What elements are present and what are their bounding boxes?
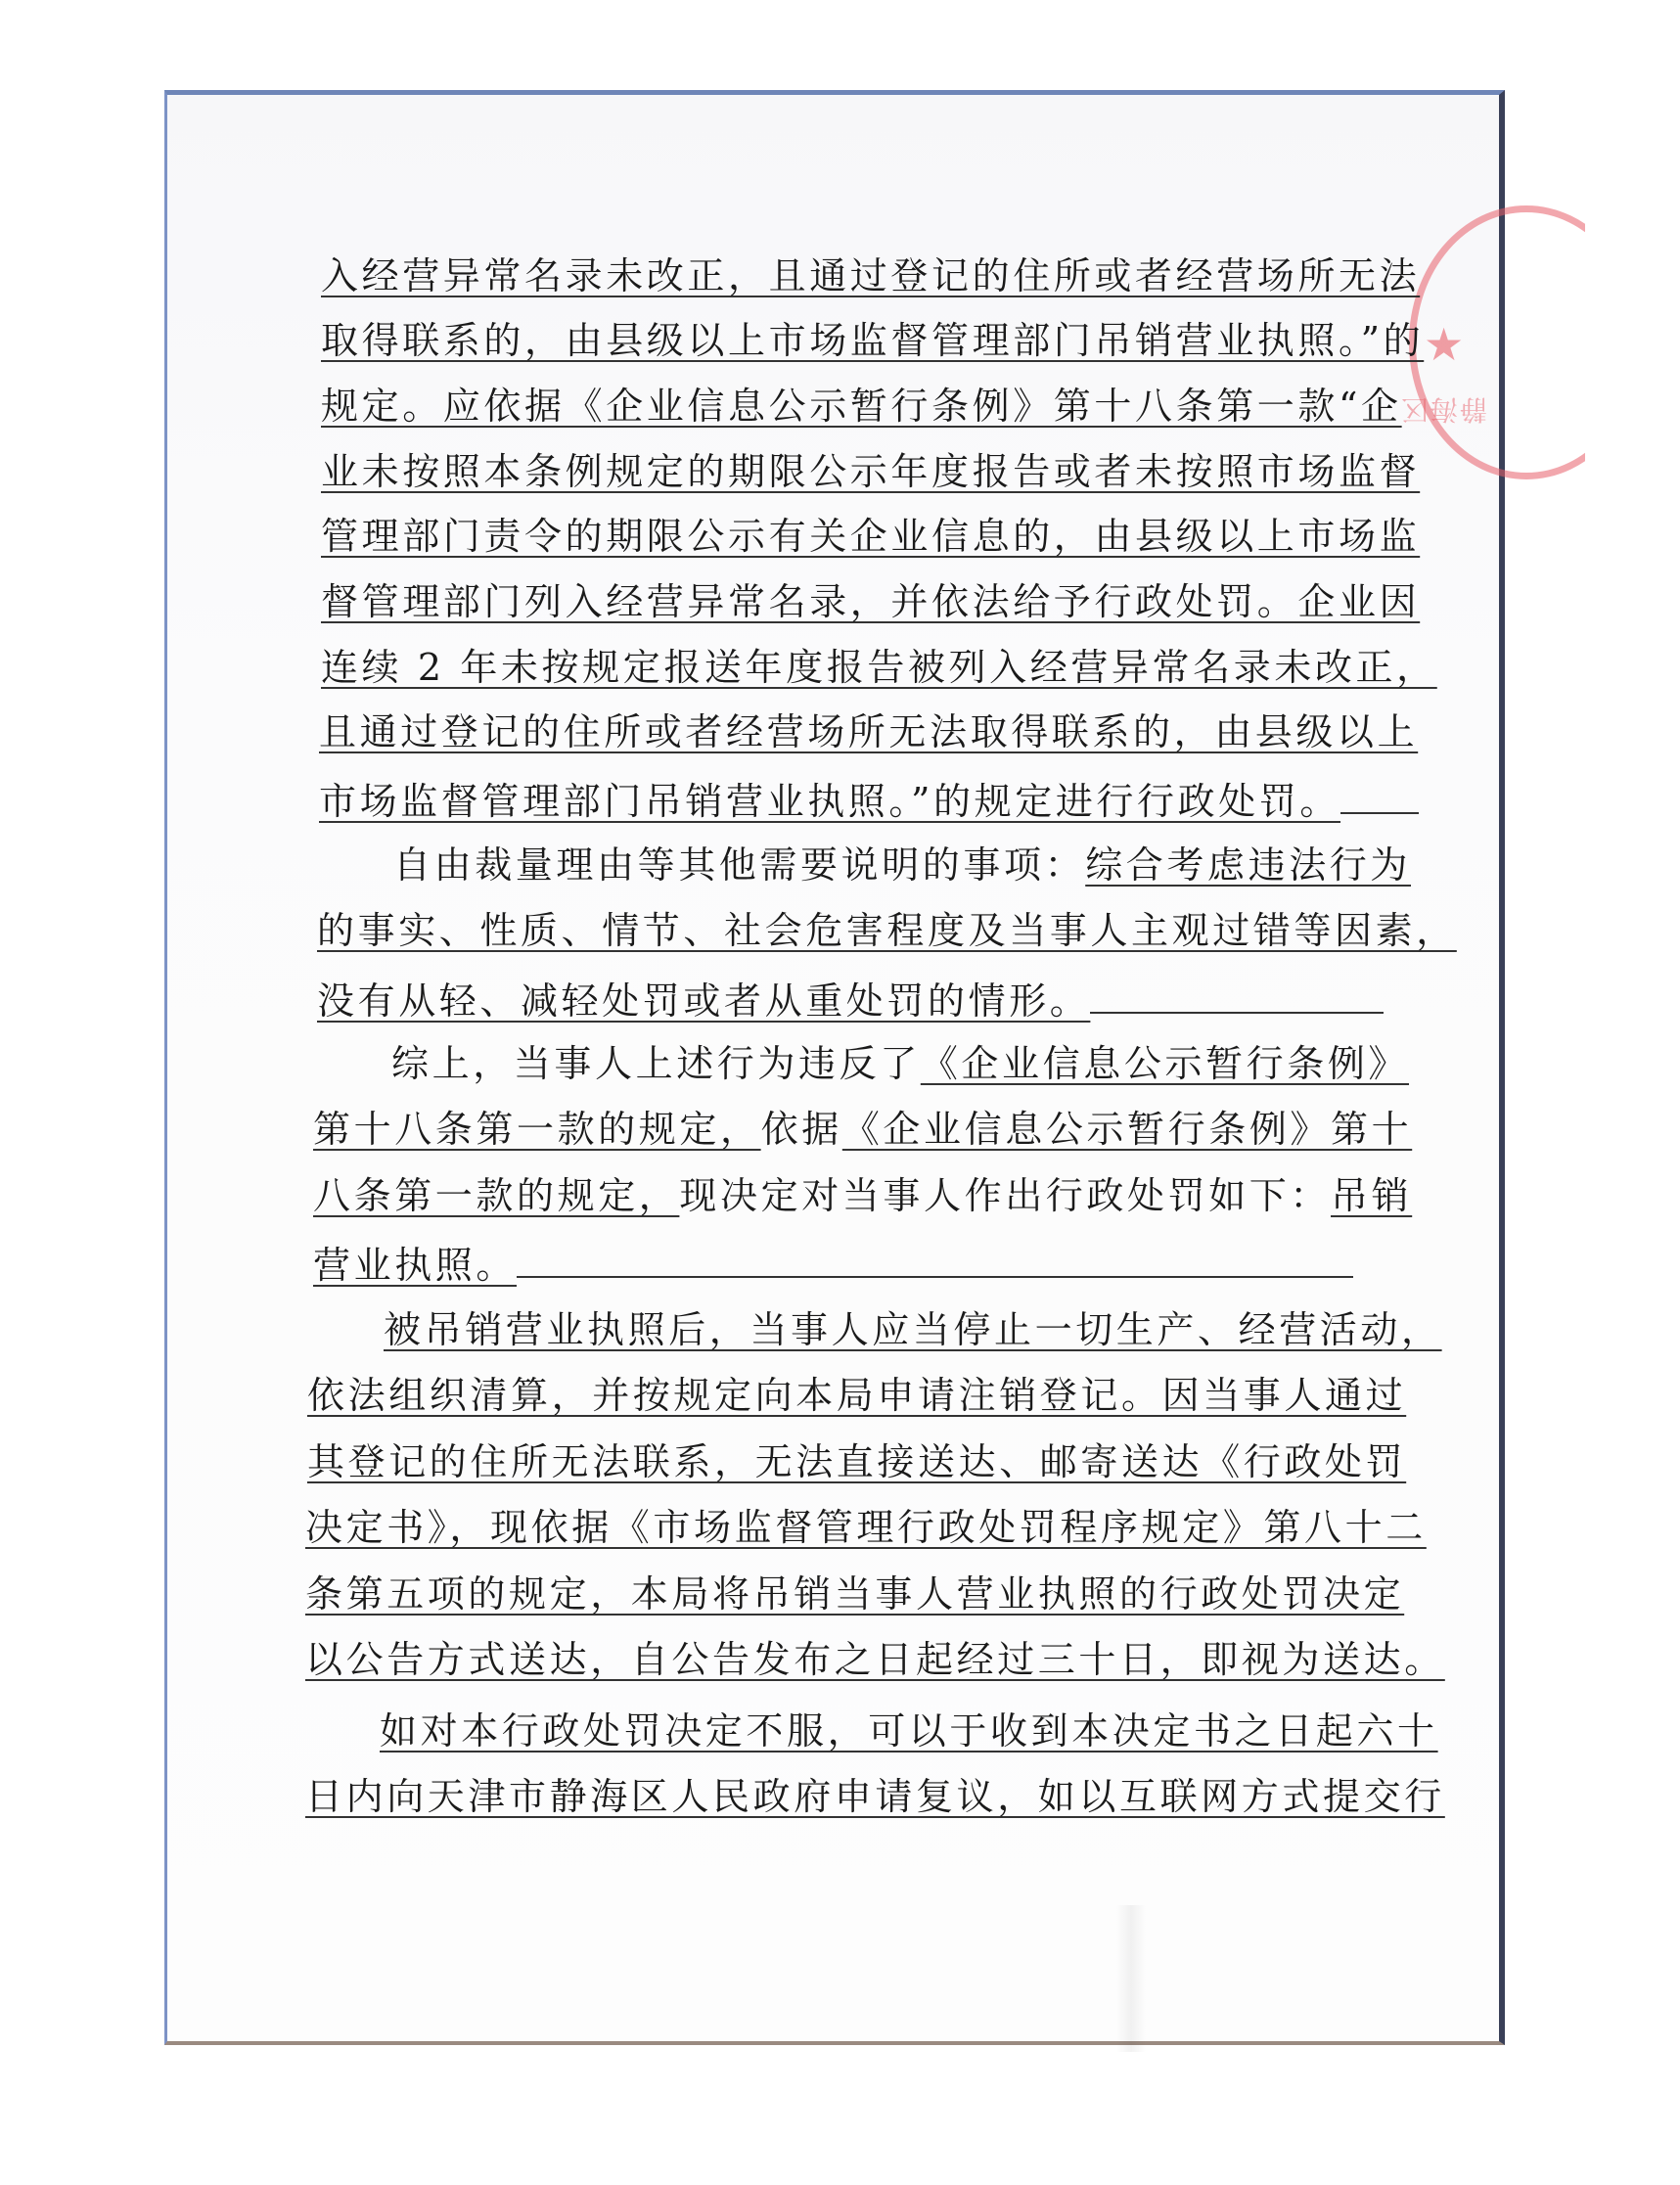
after-revocation-line-5: 条第五项的规定，本局将吊销当事人营业执照的行政处罚决定 <box>305 1570 1404 1617</box>
discretion-label: 自由裁量理由等其他需要说明的事项： <box>393 843 1085 887</box>
seal-text: 静海区 <box>1399 391 1487 431</box>
legal-basis-line-2: 取得联系的，由县级以上市场监督管理部门吊销营业执照。”的 <box>321 317 1424 364</box>
page-fold <box>1116 1905 1146 2052</box>
seal-star-icon: ★ <box>1424 318 1464 371</box>
after-revocation-line-6: 以公告方式送达，自公告发布之日起经过三十日，即视为送达。 <box>305 1636 1445 1683</box>
appeal-line-2: 日内向天津市静海区人民政府申请复议，如以互联网方式提交行 <box>305 1773 1445 1820</box>
conclusion-line-1: 综上，当事人上述行为违反了《企业信息公示暂行条例》 <box>391 1040 1409 1087</box>
conclusion-line-4: 营业执照。 <box>313 1237 1353 1289</box>
penalty-part-1: 吊销 <box>1331 1174 1412 1217</box>
violated-article: 第十八条第一款的规定， <box>313 1108 761 1151</box>
legal-basis-line-9-text: 市场监督管理部门吊销营业执照。”的规定进行行政处罚。 <box>319 780 1340 823</box>
conclusion-prefix: 综上，当事人上述行为违反了 <box>391 1042 921 1085</box>
discretion-line-3: 没有从轻、减轻处罚或者从重处罚的情形。 <box>317 973 1384 1024</box>
legal-basis-line-5: 管理部门责令的期限公示有关企业信息的，由县级以上市场监 <box>321 513 1420 560</box>
after-revocation-line-3: 其登记的住所无法联系，无法直接送达、邮寄送达《行政处罚 <box>307 1438 1406 1485</box>
legal-basis-line-6: 督管理部门列入经营异常名录，并依法给予行政处罚。企业因 <box>321 578 1420 625</box>
legal-basis-line-3: 规定。应依据《企业信息公示暂行条例》第十八条第一款“企 <box>321 383 1402 430</box>
discretion-line-1: 自由裁量理由等其他需要说明的事项：综合考虑违法行为 <box>393 842 1411 888</box>
discretion-value-3: 没有从轻、减轻处罚或者从重处罚的情形。 <box>317 979 1090 1023</box>
discretion-line-2: 的事实、性质、情节、社会危害程度及当事人主观过错等因素， <box>317 907 1457 954</box>
basis-prefix: 依据 <box>761 1108 842 1151</box>
discretion-value-1: 综合考虑违法行为 <box>1085 843 1411 887</box>
basis-article: 八条第一款的规定， <box>313 1174 679 1217</box>
decision-prefix: 现决定对当事人作出行政处罚如下： <box>679 1174 1331 1217</box>
legal-basis-line-4: 业未按照本条例规定的期限公示年度报告或者未按照市场监督 <box>321 448 1420 495</box>
after-revocation-line-1: 被吊销营业执照后，当事人应当停止一切生产、经营活动， <box>384 1306 1442 1353</box>
violated-law: 《企业信息公示暂行条例》 <box>921 1042 1409 1085</box>
appeal-line-1: 如对本行政处罚决定不服，可以于收到本决定书之日起六十 <box>380 1707 1438 1754</box>
legal-basis-line-8: 且通过登记的住所或者经营场所无法取得联系的，由县级以上 <box>319 708 1418 755</box>
blank-fill <box>517 1237 1353 1278</box>
blank-fill <box>1340 773 1419 814</box>
penalty-part-2: 营业执照。 <box>313 1244 517 1287</box>
legal-basis-line-7: 连续 2 年未按规定报送年度报告被列入经营异常名录未改正， <box>321 644 1437 691</box>
conclusion-line-3: 八条第一款的规定，现决定对当事人作出行政处罚如下：吊销 <box>313 1172 1412 1219</box>
legal-basis-line-9: 市场监督管理部门吊销营业执照。”的规定进行行政处罚。 <box>319 773 1419 825</box>
after-revocation-line-4: 决定书》，现依据《市场监督管理行政处罚程序规定》第八十二 <box>305 1504 1427 1551</box>
basis-law: 《企业信息公示暂行条例》第十 <box>842 1108 1412 1151</box>
legal-basis-line-1: 入经营异常名录未改正，且通过登记的住所或者经营场所无法 <box>321 252 1420 299</box>
blank-fill <box>1090 973 1384 1014</box>
conclusion-line-2: 第十八条第一款的规定，依据《企业信息公示暂行条例》第十 <box>313 1106 1412 1153</box>
after-revocation-line-2: 依法组织清算，并按规定向本局申请注销登记。因当事人通过 <box>307 1372 1406 1419</box>
